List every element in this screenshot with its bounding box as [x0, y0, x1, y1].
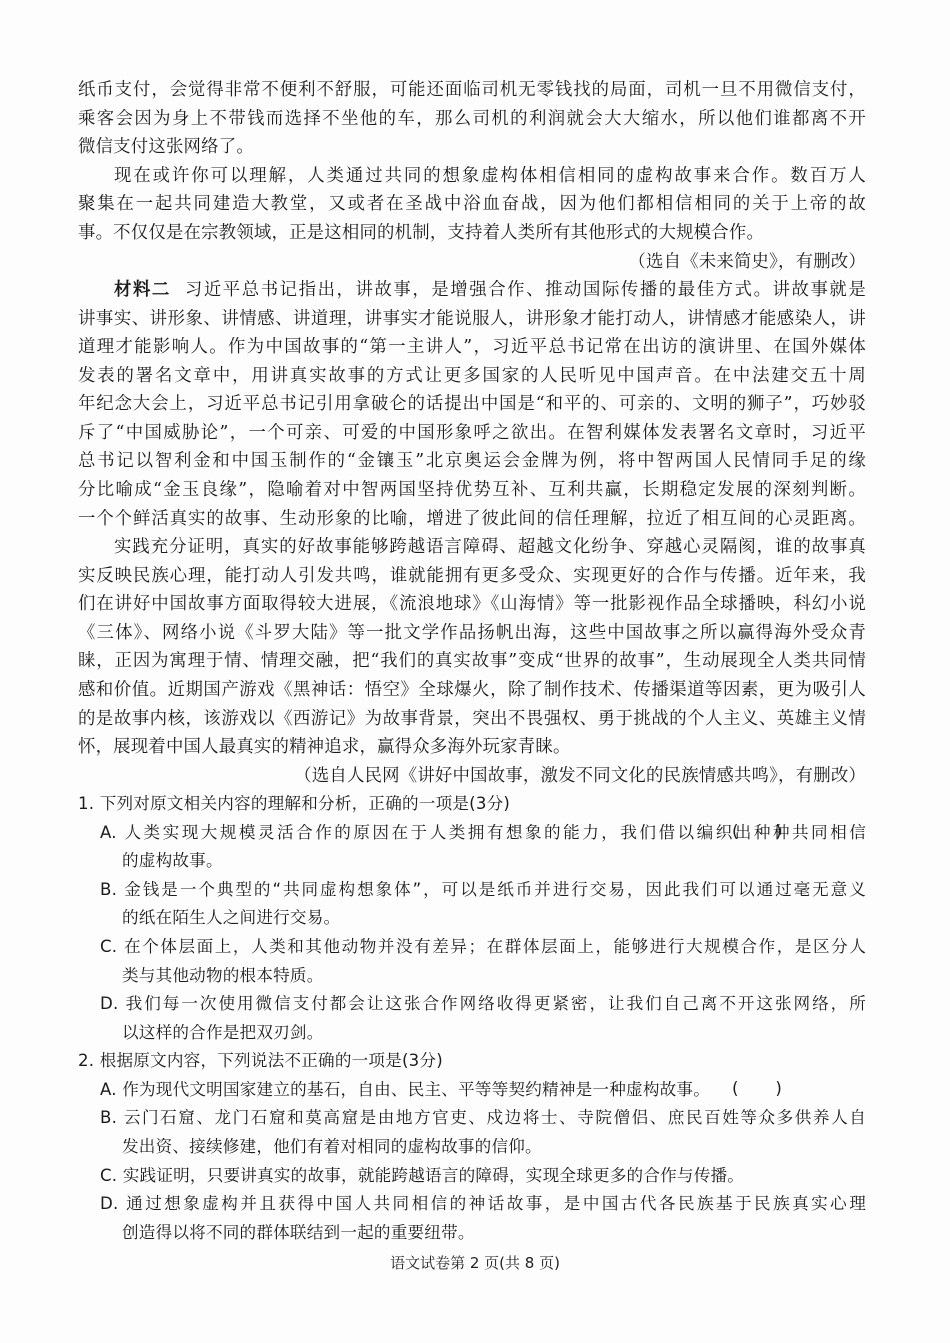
text-line: 感和价值。近期国产游戏《黑神话：悟空》全球爆火，除了制作技术、传播渠道等因素，更…	[78, 676, 866, 704]
option-1b-cont: 的纸在陌生人之间进行交易。	[122, 904, 866, 932]
option-1c: C. 在个体层面上，人类和其他动物并没有差异；在群体层面上，能够进行大规模合作，…	[100, 933, 866, 961]
source-citation: （选自《未来简史》，有删改）	[78, 248, 866, 276]
text-line: 斥了“中国威胁论”，一个可亲、可爱的中国形象呼之欲出。在智利媒体发表署名文章时，…	[78, 419, 866, 447]
text-line: 纸币支付，会觉得非常不便利不舒服，可能还面临司机无零钱找的局面，司机一旦不用微信…	[78, 76, 866, 104]
option-2d: D. 通过想象虚构并且获得中国人共同相信的神话故事，是中国古代各民族基于民族真实…	[100, 1190, 866, 1218]
text-line: 习近平总书记指出，讲故事，是增强合作、推动国际传播的最佳方式。讲故事就是	[185, 280, 866, 300]
option-1c-cont: 类与其他动物的根本特质。	[122, 962, 866, 990]
option-2d-cont: 创造得以将不同的群体联结到一起的重要纽带。	[122, 1219, 866, 1247]
text-line: 聚集在一起共同建造大教堂，又或者在圣战中浴血奋战，因为他们都相信相同的关于上帝的…	[78, 190, 866, 218]
text-line: 年纪念大会上，习近平总书记引用拿破仑的话提出中国是“和平的、可亲的、文明的狮子”…	[78, 390, 866, 418]
text-line: 微信支付这张网络了。	[78, 133, 866, 161]
text-line: 分比喻成“金玉良缘”，隐喻着对中智两国坚持优势互补、互利共赢，长期稳定发展的深刻…	[78, 476, 866, 504]
page-footer: 语文试卷第 2 页(共 8 页)	[0, 1250, 950, 1276]
text-line: 们在讲好中国故事方面取得较大进展，《流浪地球》《山海情》等一批影视作品全球播映，…	[78, 590, 866, 618]
exam-page: 纸币支付，会觉得非常不便利不舒服，可能还面临司机无零钱找的局面，司机一旦不用微信…	[0, 0, 950, 1343]
option-2a: A. 作为现代文明国家建立的基石，自由、民主、平等等契约精神是一种虚构故事。	[100, 1076, 866, 1104]
text-line: 一个个鲜活真实的故事、生动形象的比喻，增进了彼此间的信任理解，拉近了相互间的心灵…	[78, 505, 866, 533]
text-line: 道理才能影响人。作为中国故事的“第一主讲人”，习近平总书记常在出访的演讲里、在国…	[78, 333, 866, 361]
text-line: 睐，正因为寓理于情、情理交融，把“我们的真实故事”变成“世界的故事”，生动展现全…	[78, 647, 866, 675]
option-1b: B. 金钱是一个典型的“共同虚构想象体”，可以是纸币并进行交易，因此我们可以通过…	[100, 876, 866, 904]
source-citation: （选自人民网《讲好中国故事，激发不同文化的民族情感共鸣》，有删改）	[78, 762, 866, 790]
text-line: 现在或许你可以理解，人类通过共同的想象虚构体相信相同的虚构故事来合作。数百万人	[114, 162, 866, 190]
option-2b-cont: 发出资、接续修建，他们有着对相同的虚构故事的信仰。	[122, 1133, 866, 1161]
material-label: 材料二	[114, 280, 171, 300]
option-1a: A. 人类实现大规模灵活合作的原因在于人类拥有想象的能力，我们借以编织出种种共同…	[100, 819, 866, 847]
option-2c: C. 实践证明，只要讲真实的故事，就能跨越语言的障碍，实现全球更多的合作与传播。	[100, 1162, 866, 1190]
question-stem-2: 2. 根据原文内容，下列说法不正确的一项是(3分) ()	[78, 1047, 866, 1075]
text-line: 实践充分证明，真实的好故事能够跨越语言障碍、超越文化纷争、穿越心灵隔阂，谁的故事…	[114, 533, 866, 561]
option-2b: B. 云门石窟、龙门石窟和莫高窟是由地方官吏、戍边将士、寺院僧侣、庶民百姓等众多…	[100, 1104, 866, 1132]
text-line: 的是故事内核，该游戏以《西游记》为故事背景，突出不畏强权、勇于挑战的个人主义、英…	[78, 705, 866, 733]
question-stem-1: 1. 下列对原文相关内容的理解和分析，正确的一项是(3分) ()	[78, 790, 866, 818]
question-text: 1. 下列对原文相关内容的理解和分析，正确的一项是(3分)	[78, 794, 510, 813]
text-line: 乘客会因为身上不带钱而选择不坐他的车，那么司机的利润就会大大缩水，所以他们谁都离…	[78, 105, 866, 133]
text-line: 发表的署名文章中，用讲真实故事的方式让更多国家的人民听见中国声音。在中法建交五十…	[78, 362, 866, 390]
text-line: 《三体》、网络小说《斗罗大陆》等一批文学作品扬帆出海，这些中国故事之所以赢得海外…	[78, 619, 866, 647]
option-1d: D. 我们每一次使用微信支付都会让这张合作网络收得更紧密，让我们自己离不开这张网…	[100, 990, 866, 1018]
text-line: 怀，展现着中国人最真实的精神追求，赢得众多海外玩家青睐。	[78, 733, 866, 761]
option-1a-cont: 的虚构故事。	[122, 847, 866, 875]
question-text: 2. 根据原文内容，下列说法不正确的一项是(3分)	[78, 1051, 443, 1070]
material2-first-line: 材料二习近平总书记指出，讲故事，是增强合作、推动国际传播的最佳方式。讲故事就是	[114, 276, 866, 304]
text-line: 讲事实、讲形象、讲情感、讲道理，讲事实才能说服人，讲形象才能打动人，讲情感才能感…	[78, 305, 866, 333]
text-line: 总书记以智利金和中国玉制作的“金镶玉”北京奥运会金牌为例，将中智两国人民情同手足…	[78, 447, 866, 475]
text-line: 事。不仅仅是在宗教领域，正是这相同的机制，支持着人类所有其他形式的大规模合作。	[78, 219, 866, 247]
text-line: 实反映民族心理，能打动人引发共鸣，谁就能拥有更多受众、实现更好的合作与传播。近年…	[78, 562, 866, 590]
option-1d-cont: 以这样的合作是把双刃剑。	[122, 1019, 866, 1047]
